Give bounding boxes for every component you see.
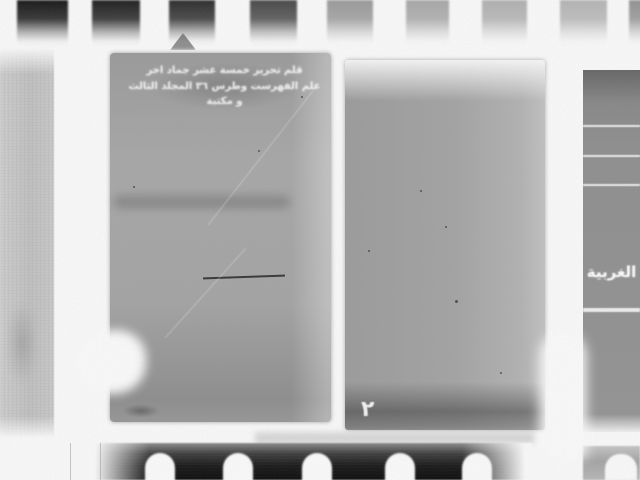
sprocket-hole (385, 453, 415, 480)
band-fade-left (95, 443, 150, 480)
page-number-numeral: ٢ (361, 397, 374, 422)
strip-white-line (583, 184, 640, 186)
inscription-line-2: علم الفهرست وطرس ٣٦ المجلد الثالث (126, 79, 323, 95)
dust-speck (500, 372, 502, 374)
sprocket-bar (560, 0, 607, 47)
sprocket-bar (629, 0, 640, 47)
manuscript-right-panel: ٢ (345, 60, 545, 430)
sprocket-bar (482, 0, 527, 47)
finger-silhouette-right (540, 333, 586, 458)
inscription-line-1: قلم تحرير خمسة عشر جماد اخر (126, 63, 323, 79)
sprocket-hole (223, 453, 253, 480)
left-strip-fade-bottom (0, 416, 54, 438)
sprocket-bar (169, 0, 215, 47)
left-film-edge-strip (0, 48, 54, 438)
left-strip-fade-top (0, 48, 54, 74)
dust-speck (445, 226, 447, 228)
film-edge-line (70, 443, 71, 480)
sprocket-bar (406, 0, 449, 47)
dark-smudge (114, 195, 290, 209)
sprocket-bar (17, 0, 68, 47)
sprocket-bar (327, 0, 373, 47)
left-strip-mottle (0, 288, 54, 398)
strip-white-line (583, 155, 640, 157)
inscription-line-3: و مكتبة (126, 94, 323, 110)
ink-stroke-line (203, 275, 285, 280)
handwritten-inscription: قلم تحرير خمسة عشر جماد اخر علم الفهرست … (126, 63, 323, 110)
strip-white-line (583, 125, 640, 127)
bottom-sprocket-band (95, 443, 532, 480)
dust-speck (455, 300, 458, 303)
dust-speck (368, 250, 370, 252)
finger-silhouette-left (76, 330, 146, 394)
band-fade-right (462, 443, 532, 480)
sprocket-hole (302, 453, 332, 480)
dust-speck (258, 150, 260, 152)
sprocket-bar (250, 0, 297, 47)
strip-arabic-label: الغربية (583, 263, 640, 281)
film-negative-scan: قلم تحرير خمسة عشر جماد اخر علم الفهرست … (0, 0, 640, 480)
right-strip-fade-bottom (583, 414, 640, 434)
dust-speck (301, 96, 303, 98)
sprocket-hole (605, 454, 637, 480)
right-labeled-strip: الغربية (583, 70, 640, 432)
strip-white-line (583, 308, 640, 312)
sprocket-bar (92, 0, 140, 47)
dust-speck (420, 190, 422, 192)
film-scratch (165, 248, 246, 338)
film-edge-line (100, 443, 101, 480)
dust-speck (133, 186, 135, 188)
bottom-sprocket-band-segment (583, 446, 640, 480)
